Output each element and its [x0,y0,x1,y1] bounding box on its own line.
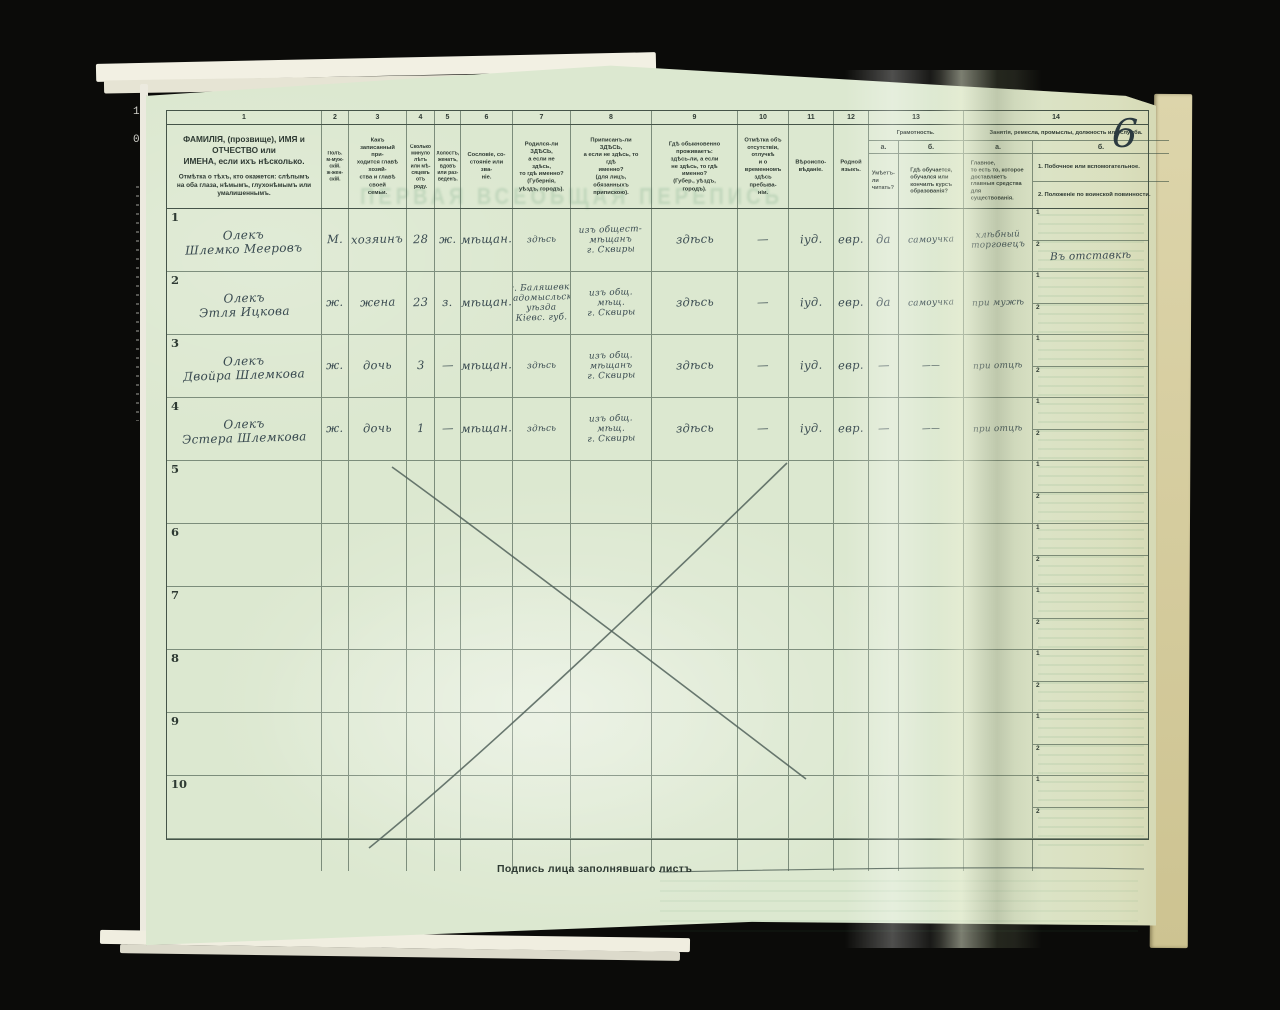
row-number: 10 [171,777,187,791]
cell-age: 28 [407,209,435,271]
row-number: 6 [171,525,179,539]
cell-sex [322,461,349,523]
cell-value: іуд. [800,296,823,310]
cell-value: М. [327,233,343,247]
cell-name: 8 [167,650,322,712]
subcell-label: 1 [1036,587,1040,594]
census-table: 1 2 3 4 5 6 7 8 9 10 11 12 13 14 ФАМИЛІЯ… [166,110,1149,840]
header-literacy-descriptions: Умѣетъ- ли читать? Гдѣ обучается, обучал… [869,154,963,208]
cell-relation [349,650,407,712]
cell-value: ж. [326,359,344,373]
cell-estate: мѣщан. [461,335,513,397]
header-religion-column: Вѣроиспо- вѣданіе. [789,125,834,208]
cell-value: дочь [363,422,392,436]
column-number-7: 7 [513,111,571,124]
cell-absence: — [738,209,789,271]
header-occupation-a-label: а. [964,141,1033,153]
cell-age [407,839,435,871]
cell-value: ж. [326,296,344,310]
cell-marital [435,650,461,712]
cell-language: евр. [834,209,869,271]
cell-relation [349,776,407,838]
cell-occupation [964,839,1033,871]
cell-value: —— [922,361,940,372]
header-main-occupation-desc: Главное, то есть то, которое доставляетъ… [964,154,1033,208]
cell-value: самоучка [908,234,954,245]
table-row: 1012 [167,776,1148,839]
header-name-column: ФАМИЛІЯ, (прозвище), ИМЯ и ОТЧЕСТВО или … [167,125,322,208]
cell-reads: да [869,272,899,334]
cell-age [407,776,435,838]
military-subcell: 1 [1033,335,1148,367]
cell-value: 28 [413,233,429,247]
header-occupation-group: Занятія, ремесла, промыслы, должность ил… [964,125,1169,208]
row-number: 2 [171,273,179,287]
cell-value: — [757,233,769,247]
cell-school [899,839,964,871]
cell-registered [571,524,652,586]
cell-estate [461,461,513,523]
cell-registered: изъ общ. мѣщ. г. Сквиры [571,398,652,460]
cell-value: евр. [838,233,864,247]
subcell-label: 2 [1036,745,1040,752]
header-military-status-item: 2. Положеніе по воинской повинности. [1033,182,1169,209]
cell-value: жена [360,296,396,310]
cell-residence [652,461,738,523]
subcell-label: 2 [1036,367,1040,374]
header-occupation-title: Занятія, ремесла, промыслы, должность ил… [964,125,1169,141]
cell-value: — [441,422,453,436]
header-name-main: ФАМИЛІЯ, (прозвище), ИМЯ и ОТЧЕСТВО или … [168,134,320,168]
cell-value: здѣсь [527,361,557,372]
column-number-4: 4 [407,111,435,124]
header-language-column: Родной языкъ. [834,125,869,208]
cell-sex: ж. [322,335,349,397]
subcell-label: 1 [1036,524,1040,531]
cell-value: здѣсь [675,359,713,373]
next-page-edge-right [1150,94,1192,948]
cell-marital: — [435,398,461,460]
cell-sex [322,587,349,649]
cell-language: евр. [834,335,869,397]
cell-mil: 12 [1033,713,1148,775]
header-age-column: Сколько минуло лѣтъ или мѣ- сяцевъ отъ р… [407,125,435,208]
cell-value: евр. [838,359,864,373]
cell-value: здѣсь [527,424,557,435]
subcell-label: 2 [1036,430,1040,437]
header-literacy-group: Грамотность. а. б. Умѣетъ- ли читать? Гд… [869,125,964,208]
cell-age [407,461,435,523]
cell-occupation [964,713,1033,775]
cell-value: изъ общ. мѣщ. г. Сквиры [586,413,635,445]
column-number-3: 3 [349,111,407,124]
person-name: Олекъ Этля Ицкова [198,291,289,321]
cell-relation [349,587,407,649]
cell-name: 9 [167,713,322,775]
cell-estate: мѣщан. [461,209,513,271]
header-title-row: ФАМИЛІЯ, (прозвище), ИМЯ и ОТЧЕСТВО или … [167,125,1148,209]
cell-age: 1 [407,398,435,460]
subcell-label: 1 [1036,713,1040,720]
cell-name: 6 [167,524,322,586]
cell-value: 23 [413,296,429,310]
cell-marital [435,713,461,775]
cell-sex: ж. [322,398,349,460]
cell-religion [789,587,834,649]
cell-language [834,461,869,523]
cell-sex [322,524,349,586]
column-number-5: 5 [435,111,461,124]
cell-reads [869,776,899,838]
cell-name: 2Олекъ Этля Ицкова [167,272,322,334]
cell-age [407,650,435,712]
cell-marital [435,461,461,523]
cell-name: 3Олекъ Двойра Шлемкова [167,335,322,397]
cell-value: при мужѣ [972,297,1025,309]
cell-born: здѣсь [513,209,571,271]
cell-sex: М. [322,209,349,271]
cell-value: при отцѣ [973,423,1023,434]
header-side-occupation-item: 1. Побочное или вспомогательное. [1033,154,1169,182]
cell-language [834,587,869,649]
cell-absence [738,713,789,775]
cell-absence [738,839,789,871]
cell-occupation [964,650,1033,712]
cell-reads: — [869,398,899,460]
cell-absence [738,650,789,712]
cell-reads: — [869,335,899,397]
subcell-label: 1 [1036,650,1040,657]
cell-value: здѣсь [675,233,713,247]
subcell-label: 2 [1036,241,1040,248]
row-number: 3 [171,336,179,350]
cell-value: —— [922,424,940,435]
header-literacy-sublabels: а. б. [869,141,963,154]
row-number: 1 [171,210,179,224]
military-subcell: 1 [1033,272,1148,304]
cell-mil: 12 [1033,461,1148,523]
cell-absence: — [738,335,789,397]
cell-mil: 12 [1033,398,1148,460]
cell-value: здѣсь [675,422,713,436]
cell-marital [435,587,461,649]
margin-mark-0: 0 [133,134,140,146]
census-table-body: 1Олекъ Шлемко МееровъМ.хозяинъ28ж.мѣщан.… [167,209,1148,839]
header-occupation-b-label: б. [1033,141,1169,153]
cell-relation [349,524,407,586]
cell-marital [435,839,461,871]
military-subcell: 1 [1033,398,1148,430]
subcell-label: 1 [1036,272,1040,279]
table-row: 812 [167,650,1148,713]
subcell-label: 1 [1036,209,1040,216]
cell-reads [869,461,899,523]
cell-mil: 12 [1033,524,1148,586]
subcell-label: 2 [1036,556,1040,563]
cell-religion: іуд. [789,272,834,334]
cell-value: — [877,359,889,373]
subcell-label: 2 [1036,304,1040,311]
person-name: Олекъ Эстера Шлемкова [181,416,306,447]
cell-value: 1 [417,422,425,435]
cell-residence [652,650,738,712]
table-row: 1Олекъ Шлемко МееровъМ.хозяинъ28ж.мѣщан.… [167,209,1148,272]
document-scan: 1 0 ПЕРВАЯ ВСЕОБЩАЯ ПЕРЕПИСЬ 1 2 3 4 5 6… [0,0,1280,1010]
cell-value: іуд. [800,233,823,247]
row-number: 7 [171,588,179,602]
cell-marital: ж. [435,209,461,271]
cell-reads [869,839,899,871]
cell-school [899,650,964,712]
table-row: 4Олекъ Эстера Шлемковаж.дочь1—мѣщан.здѣс… [167,398,1148,461]
cell-residence: здѣсь [652,398,738,460]
cell-religion: іуд. [789,335,834,397]
cell-school [899,461,964,523]
military-subcell: 2Въ отставкѣ [1033,241,1148,272]
cell-estate: мѣщан. [461,272,513,334]
header-school-desc: Гдѣ обучается, обучался или кончилъ курс… [899,154,963,208]
cell-value: іуд. [800,359,823,373]
cell-value: хозяинъ [351,233,403,248]
cell-value: з. [442,296,453,310]
table-header: 1 2 3 4 5 6 7 8 9 10 11 12 13 14 ФАМИЛІЯ… [167,111,1148,209]
cell-mil: 12 [1033,650,1148,712]
cell-occupation [964,587,1033,649]
cell-registered [571,713,652,775]
cell-born [513,713,571,775]
cell-value: изъ общ. мѣщанъ г. Сквиры [586,350,635,382]
column-number-12: 12 [834,111,869,124]
person-name: Олекъ Шлемко Мееровъ [185,228,303,259]
table-row: 712 [167,587,1148,650]
cell-religion [789,713,834,775]
cell-marital [435,776,461,838]
cell-reads [869,587,899,649]
cell-marital: з. [435,272,461,334]
military-subcell: 2 [1033,619,1148,650]
cell-value: — [757,359,769,373]
military-subcell: 2 [1033,367,1148,398]
signature-label: Подпись лица заполнявшаго листъ [497,863,692,875]
cell-registered [571,461,652,523]
cell-estate [461,776,513,838]
cell-school [899,713,964,775]
cell-registered [571,650,652,712]
cell-absence: — [738,272,789,334]
cell-value: да [876,233,891,247]
cell-school: самоучка [899,272,964,334]
cell-estate [461,650,513,712]
cell-mil [1033,839,1148,871]
cell-school [899,524,964,586]
cell-occupation: при мужѣ [964,272,1033,334]
table-row: 3Олекъ Двойра Шлемковаж.дочь3—мѣщан.здѣс… [167,335,1148,398]
column-number-8: 8 [571,111,652,124]
column-number-1: 1 [167,111,322,124]
cell-value: — [757,296,769,310]
cell-value: изъ общест- мѣщанъ г. Сквиры [579,224,643,256]
column-number-9: 9 [652,111,738,124]
cell-name: 10 [167,776,322,838]
cell-born [513,524,571,586]
cell-residence [652,776,738,838]
cell-relation [349,713,407,775]
cell-absence: — [738,398,789,460]
cell-estate [461,713,513,775]
cell-residence: здѣсь [652,272,738,334]
cell-language [834,650,869,712]
cell-born: с. Баляшевк. Радомысльск. уѣзда Кіевс. г… [513,272,571,334]
cell-sex [322,650,349,712]
cell-relation: дочь [349,398,407,460]
cell-religion [789,524,834,586]
cell-sex [322,713,349,775]
cell-occupation [964,524,1033,586]
table-row: 912 [167,713,1148,776]
table-row: 512 [167,461,1148,524]
cell-relation: жена [349,272,407,334]
cell-language [834,776,869,838]
margin-micro-text [136,186,139,421]
military-subcell: 1 [1033,587,1148,619]
person-name: Олекъ Двойра Шлемкова [183,354,305,385]
subcell-label: 2 [1036,619,1040,626]
subcell-label: 1 [1036,335,1040,342]
cell-school [899,776,964,838]
cell-value: с. Баляшевк. Радомысльск. уѣзда Кіевс. г… [513,282,571,324]
cell-absence [738,461,789,523]
cell-religion [789,776,834,838]
cell-school: самоучка [899,209,964,271]
cell-born [513,461,571,523]
header-literacy-b-label: б. [899,141,963,153]
margin-mark-1: 1 [133,106,140,118]
header-reads-desc: Умѣетъ- ли читать? [869,154,899,208]
subcell-label: 2 [1036,808,1040,815]
cell-value: да [876,296,891,310]
cell-value: здѣсь [675,296,713,310]
header-registration-column: Приписанъ-ли ЗДѢСЬ, а если не здѣсь, то … [571,125,652,208]
military-subcell: 1 [1033,776,1148,808]
cell-occupation: при отцѣ [964,398,1033,460]
cell-reads [869,650,899,712]
header-literacy-title: Грамотность. [869,125,963,141]
header-name-note: Отмѣтка о тѣхъ, кто окажется: слѣпымъ на… [177,173,311,198]
cell-value: евр. [838,422,864,436]
cell-born [513,650,571,712]
cell-value: ж. [326,422,344,436]
cell-religion [789,650,834,712]
cell-estate: мѣщан. [461,398,513,460]
cell-religion: іуд. [789,398,834,460]
cell-marital [435,524,461,586]
cell-residence [652,713,738,775]
cell-age [407,713,435,775]
military-subcell: 2 [1033,430,1148,461]
header-residence-column: Гдѣ обыкновенно проживаетъ: здѣсь-ли, а … [652,125,738,208]
cell-value: — [757,422,769,436]
military-subcell: 2 [1033,304,1148,335]
military-subcell: 1 [1033,650,1148,682]
cell-language: евр. [834,398,869,460]
cell-name: 5 [167,461,322,523]
cell-value: мѣщан. [461,422,512,437]
cell-absence [738,587,789,649]
cell-age: 3 [407,335,435,397]
cell-estate [461,524,513,586]
cell-value: евр. [838,296,864,310]
subcell-label: 2 [1036,493,1040,500]
cell-religion [789,839,834,871]
cell-mil: 12 [1033,776,1148,838]
cell-religion: іуд. [789,209,834,271]
column-number-2: 2 [322,111,349,124]
cell-registered: изъ общ. мѣщ. г. Сквиры [571,272,652,334]
cell-language [834,524,869,586]
row-number: 9 [171,714,179,728]
cell-value: — [877,422,889,436]
column-number-13: 13 [869,111,964,124]
cell-residence: здѣсь [652,209,738,271]
cell-value: при отцѣ [973,360,1023,371]
cell-school [899,587,964,649]
military-subcell: 2 [1033,745,1148,776]
cell-registered [571,776,652,838]
header-side-occupation-desc: 1. Побочное или вспомогательное. 2. Поло… [1033,154,1169,208]
cell-language [834,713,869,775]
header-relation-column: Какъ записанный при- ходится главѣ хозяй… [349,125,407,208]
column-number-6: 6 [461,111,513,124]
military-subcell: 2 [1033,808,1148,839]
column-number-10: 10 [738,111,789,124]
subcell-label: 2 [1036,682,1040,689]
cell-mil: 12 [1033,272,1148,334]
header-sex-column: Полъ. м-муж- скій. ж-жен- скій. [322,125,349,208]
cell-religion [789,461,834,523]
row-number: 5 [171,462,179,476]
column-number-11: 11 [789,111,834,124]
military-subcell: 2 [1033,556,1148,587]
cell-value: — [441,359,453,373]
cell-marital: — [435,335,461,397]
military-subcell: 2 [1033,682,1148,713]
cell-language: евр. [834,272,869,334]
cell-occupation: хлѣбный торговецъ [964,209,1033,271]
row-number: 4 [171,399,179,413]
cell-value: ж. [439,233,457,247]
cell-relation: дочь [349,335,407,397]
cell-school: —— [899,398,964,460]
cell-absence [738,524,789,586]
cell-born [513,587,571,649]
header-absence-column: Отмѣтка объ отсутствіи, отлучкѣ и о врем… [738,125,789,208]
cell-value: хлѣбный торговецъ [971,229,1026,251]
subcell-label: 1 [1036,461,1040,468]
cell-born [513,776,571,838]
cell-value: мѣщан. [461,359,512,374]
military-subcell: 1 [1033,713,1148,745]
cell-mil: 12 [1033,587,1148,649]
header-occupation-sublabels: а. б. [964,141,1169,154]
cell-occupation [964,461,1033,523]
cell-relation: хозяинъ [349,209,407,271]
cell-name [167,839,322,871]
cell-registered: изъ общест- мѣщанъ г. Сквиры [571,209,652,271]
sheet-number: 6 [1111,113,1139,155]
cell-mil: 12 [1033,335,1148,397]
cell-reads [869,713,899,775]
header-literacy-a-label: а. [869,141,899,153]
